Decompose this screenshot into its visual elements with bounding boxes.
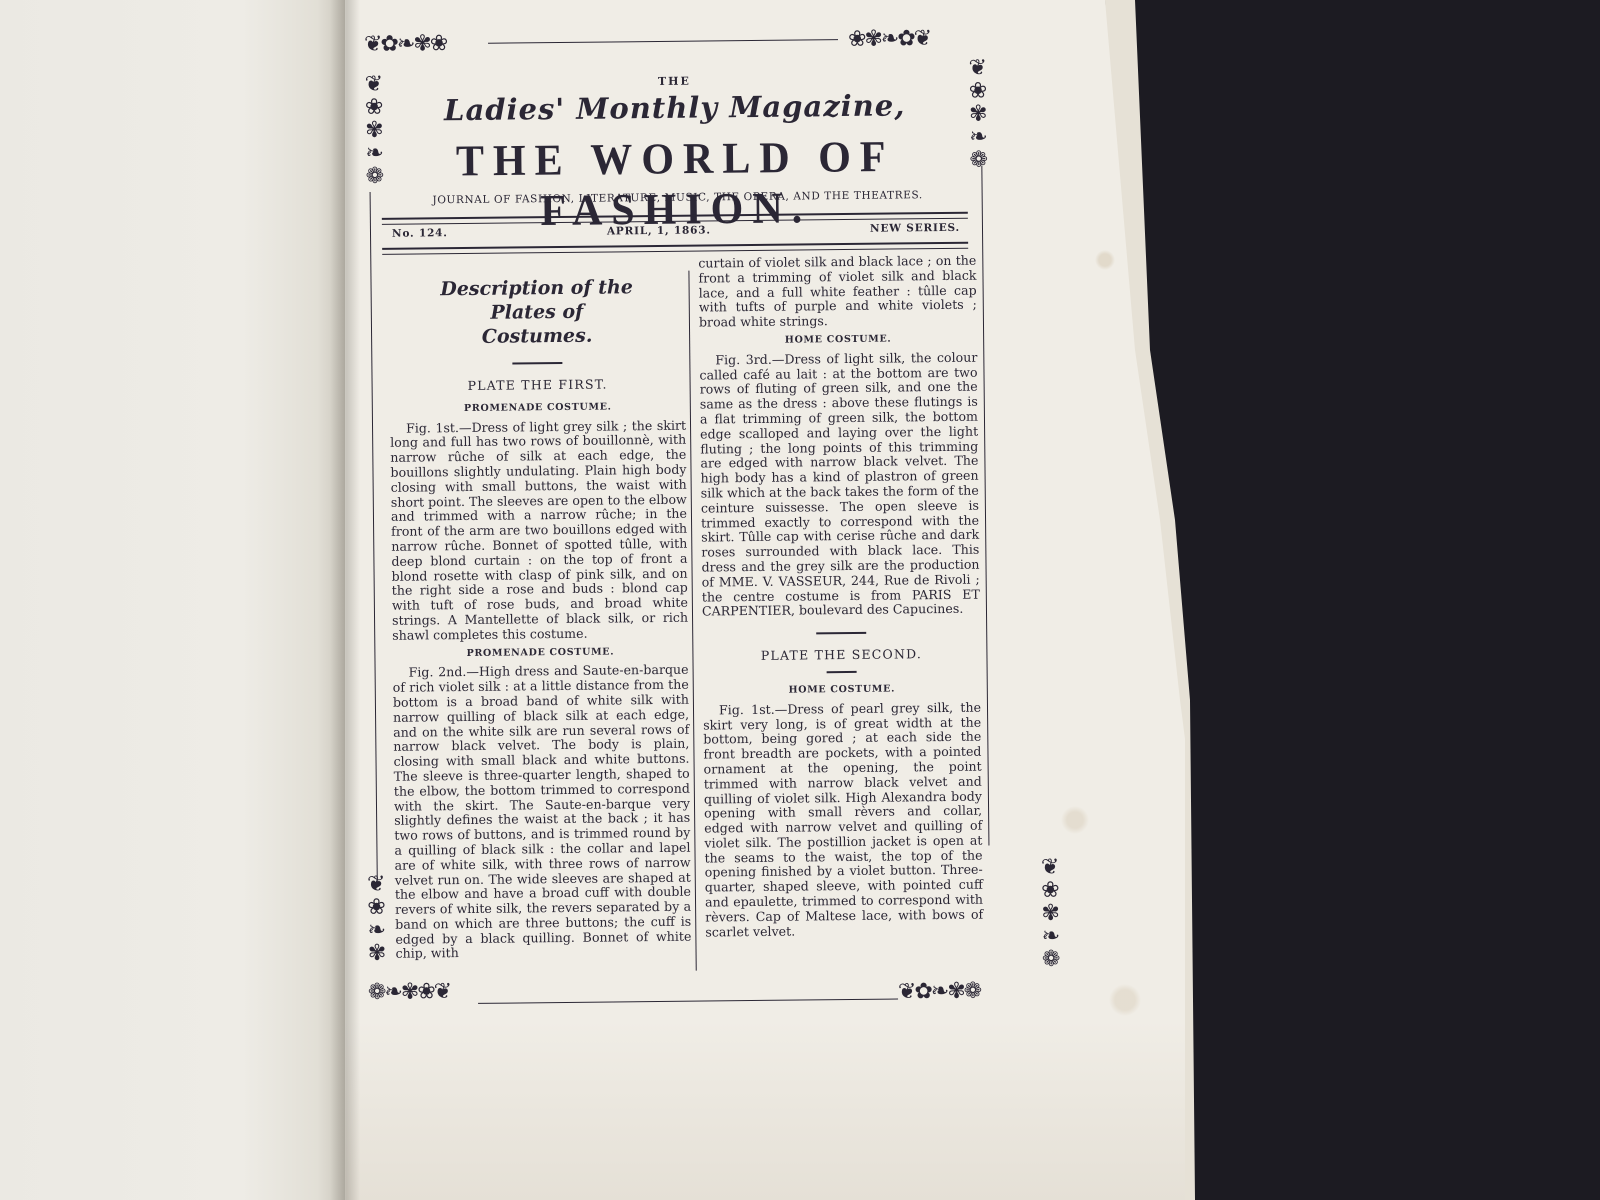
book-spine bbox=[330, 0, 360, 1200]
ornament-top-right-icon: ❀✾❧✿❦ bbox=[848, 28, 930, 51]
title-rule bbox=[512, 362, 562, 365]
ornament-left-lower-icon: ❦❀❧✾ bbox=[365, 872, 388, 964]
issue-number: No. 124. bbox=[392, 227, 448, 240]
masthead-ladies-title: Ladies' Monthly Magazine, bbox=[369, 88, 981, 128]
plate2-fig1-heading: HOME COSTUME. bbox=[703, 682, 981, 700]
fig3-heading: HOME COSTUME. bbox=[699, 332, 977, 350]
issue-date: APRIL, 1, 1863. bbox=[607, 224, 711, 237]
right-column: curtain of violet silk and black lace ; … bbox=[698, 254, 983, 940]
border-top bbox=[488, 39, 838, 44]
article-title: Description of the Plates of Costumes. bbox=[408, 275, 665, 350]
fig2-description-continued: curtain of violet silk and black lace ; … bbox=[698, 254, 977, 331]
section-rule bbox=[816, 632, 866, 635]
fig3-description: Fig. 3rd.—Dress of light silk, the colou… bbox=[699, 350, 980, 619]
left-page-blank bbox=[0, 0, 345, 1200]
fig2-heading: PROMENADE COSTUME. bbox=[392, 644, 688, 662]
plate2-fig1-description: Fig. 1st.—Dress of pearl grey silk, the … bbox=[703, 700, 983, 940]
article-title-line-2: Costumes. bbox=[409, 323, 665, 350]
plate-second-title: PLATE THE SECOND. bbox=[702, 647, 980, 665]
article-title-line-1: Description of the Plates of bbox=[408, 275, 664, 326]
fig1-heading: PROMENADE COSTUME. bbox=[390, 399, 686, 417]
ornament-bottom-right-icon: ❦✿❧✾❁ bbox=[898, 981, 980, 1004]
ornament-right-lower-icon: ❦❀✾❧❁ bbox=[1039, 855, 1062, 970]
plate-second-rule bbox=[827, 671, 857, 673]
fig1-description: Fig. 1st.—Dress of light grey silk ; the… bbox=[390, 418, 688, 643]
ornament-top-left-icon: ❦✿❧✾❀ bbox=[364, 33, 446, 56]
issue-series: NEW SERIES. bbox=[870, 222, 960, 235]
ornament-bottom-left-icon: ❁❧✾❀❦ bbox=[368, 981, 450, 1004]
fig2-description: Fig. 2nd.—High dress and Saute-en-barque… bbox=[393, 663, 692, 962]
magazine-page-frame: ❦✿❧✾❀ ❦❀✾❧❁ ❀✾❧✿❦ ❦❀✾❧❁ ❁❧✾❀❦ ❦❀❧✾ ❦✿❧✾❁… bbox=[368, 36, 990, 1012]
left-column: Description of the Plates of Costumes. P… bbox=[388, 267, 691, 962]
plate-first-title: PLATE THE FIRST. bbox=[390, 377, 686, 395]
border-bottom bbox=[478, 999, 898, 1004]
